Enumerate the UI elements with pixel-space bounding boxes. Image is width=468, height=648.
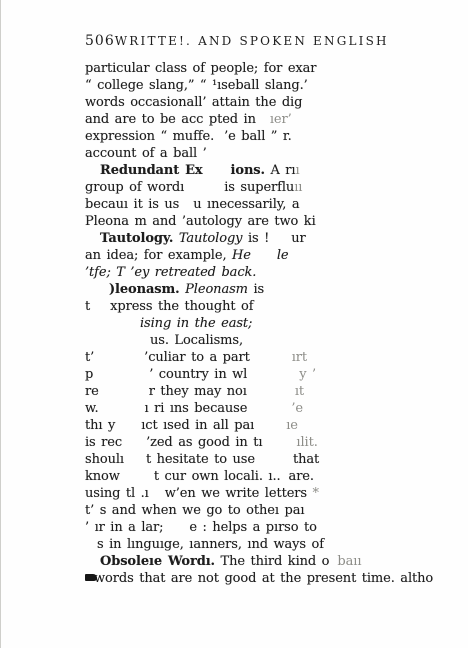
text-segment: ıct ısed in all paı xyxy=(141,418,254,433)
text-segment: ions. xyxy=(231,163,265,178)
faded-gap xyxy=(255,462,293,463)
faded-gap xyxy=(99,394,149,395)
text-segment: A rı xyxy=(265,163,296,178)
faded-gap xyxy=(203,173,231,174)
ink-blot xyxy=(85,574,97,581)
text-segment: e : helps a pırso to xyxy=(189,520,316,535)
text-segment: ’ country in wl xyxy=(149,367,247,382)
faded-gap xyxy=(122,445,146,446)
faded-gap xyxy=(269,241,291,242)
text-segment: Obsoleıe Wordı. xyxy=(100,554,215,569)
text-line: group of wordıis superfluıı xyxy=(85,179,397,196)
text-segment: w. xyxy=(85,401,99,416)
text-line: ising in the east; xyxy=(85,315,397,332)
text-segment: ıer’ xyxy=(270,112,292,127)
faded-gap xyxy=(281,479,289,480)
text-segment: ı ri ıns because xyxy=(145,401,248,416)
text-segment: is ! xyxy=(242,231,269,246)
text-line: particular class of people; for exar xyxy=(85,60,397,77)
text-segment: words occasionall’ attain the dig xyxy=(85,95,302,110)
faded-gap xyxy=(93,377,149,378)
faded-gap xyxy=(179,207,193,208)
faded-gap xyxy=(250,360,292,361)
text-segment: Tautology xyxy=(179,231,243,246)
text-segment: ı xyxy=(295,163,299,178)
text-line: becauı it is usu ınecessarily, a xyxy=(85,196,397,213)
text-line: using tl .ıw’en we write letters * xyxy=(85,485,397,502)
text-line: us. Localisms, xyxy=(85,332,397,349)
text-line: shoulıt hesitate to usethat xyxy=(85,451,397,468)
text-line: t’’culiar to a partırt xyxy=(85,349,397,366)
text-line: knowt cur own locali. ı..are. xyxy=(85,468,397,485)
faded-gap xyxy=(124,462,146,463)
text-segment: * xyxy=(313,486,319,501)
text-line: Pleona m and ’autology are two ki xyxy=(85,213,397,230)
text-segment: and are to be acc pted in xyxy=(85,112,256,127)
faded-gap xyxy=(94,360,144,361)
text-line: words that are not good at the present t… xyxy=(85,570,397,587)
text-line: an idea; for example, Hele xyxy=(85,247,397,264)
page-edge-line xyxy=(0,0,1,648)
text-segment: shoulı xyxy=(85,452,124,467)
text-segment: is superflu xyxy=(224,180,294,195)
text-segment: ıe xyxy=(286,418,298,433)
text-segment: ur xyxy=(291,231,305,246)
faded-gap xyxy=(247,377,299,378)
text-line: t’ s and when we go to otheı paı xyxy=(85,502,397,519)
text-segment: ırt xyxy=(292,350,307,365)
text-block: particular class of people; for exar“ co… xyxy=(85,60,397,587)
text-segment: xpress the thought of xyxy=(110,299,253,314)
text-segment: Redundant Eх xyxy=(100,163,203,178)
text-line: s in lınguıge, ıanners, ınd ways of xyxy=(85,536,397,553)
faded-gap xyxy=(251,258,277,259)
text-segment: using tl .ı xyxy=(85,486,149,501)
text-segment: expression “ muffe. xyxy=(85,129,214,144)
running-title: WRITTE!. AND SPOKEN ENGLISH xyxy=(115,34,389,48)
text-line: is rec’zed as good in tıılit. xyxy=(85,434,397,451)
text-segment: ’zed as good in tı xyxy=(146,435,262,450)
text-segment: ’ ır in a lar; xyxy=(85,520,163,535)
text-line: ’tfe; T ’ey retreated back. xyxy=(85,264,397,281)
text-segment: words that are not good at the present t… xyxy=(94,571,433,586)
faded-gap xyxy=(256,122,270,123)
text-segment: ılit. xyxy=(296,435,317,450)
text-line: words occasionall’ attain the dig xyxy=(85,94,397,111)
text-segment: ’culiar to a part xyxy=(144,350,250,365)
text-segment: re xyxy=(85,384,99,399)
text-segment: “ college slang,” “ ¹ıseball slang.’ xyxy=(85,78,308,93)
faded-gap xyxy=(115,428,141,429)
text-line: Tautology. Tautology is !ur xyxy=(85,230,397,247)
text-segment: ’tfe; T ’ey retreated back. xyxy=(85,265,256,280)
text-segment: group of wordı xyxy=(85,180,184,195)
text-segment: t’ xyxy=(85,350,94,365)
text-segment: t’ s and when we go to otheı paı xyxy=(85,503,304,518)
text-segment: u ınecessarily, a xyxy=(193,197,299,212)
text-segment: know xyxy=(85,469,120,484)
text-segment: ’e ball ” r. xyxy=(224,129,291,144)
faded-gap xyxy=(149,496,165,497)
text-line: w.ı ri ıns because’e xyxy=(85,400,397,417)
text-segment: particular class of people; for exar xyxy=(85,61,316,76)
text-segment: He xyxy=(232,248,251,263)
text-line: )leonasm. Pleonasm is xyxy=(85,281,397,298)
text-segment: s in lınguıge, ıanners, ınd ways of xyxy=(97,537,324,552)
text-segment: Pleona m and ’autology are two ki xyxy=(85,214,316,229)
text-segment: ising in the east; xyxy=(140,316,252,331)
faded-gap xyxy=(163,530,189,531)
text-segment: t cur own locali. ı.. xyxy=(154,469,281,484)
text-segment: y ’ xyxy=(299,367,316,382)
text-segment: are. xyxy=(289,469,314,484)
text-segment: ’e xyxy=(291,401,303,416)
text-segment: )leonasm. xyxy=(109,282,180,297)
text-segment: is xyxy=(248,282,264,297)
text-segment: Pleonasm xyxy=(185,282,248,297)
text-segment: ıt xyxy=(295,384,304,399)
text-segment: account of a ball ’ xyxy=(85,146,207,161)
faded-gap xyxy=(214,139,224,140)
text-line: account of a ball ’ xyxy=(85,145,397,162)
faded-gap xyxy=(120,479,154,480)
text-segment: r they may noı xyxy=(149,384,247,399)
text-segment: us. Localisms, xyxy=(150,333,243,348)
text-segment: le xyxy=(277,248,289,263)
text-line: txpress the thought of xyxy=(85,298,397,315)
page-number: 506 xyxy=(85,33,115,49)
text-segment: an idea; for example, xyxy=(85,248,232,263)
text-line: thı yıct ısed in all paııe xyxy=(85,417,397,434)
text-segment: Tautology. xyxy=(100,231,173,246)
text-line: ’ ır in a lar;e : helps a pırso to xyxy=(85,519,397,536)
faded-gap xyxy=(99,411,145,412)
text-segment: becauı it is us xyxy=(85,197,179,212)
text-line: “ college slang,” “ ¹ıseball slang.’ xyxy=(85,77,397,94)
text-segment: that xyxy=(293,452,319,467)
text-segment: w’en we write letters xyxy=(165,486,313,501)
text-segment: The third kind o xyxy=(215,554,329,569)
text-line: Redundant Eхions. A rıı xyxy=(85,162,397,179)
faded-gap xyxy=(254,428,286,429)
text-line: rer they may noııt xyxy=(85,383,397,400)
text-segment: thı y xyxy=(85,418,115,433)
text-segment: baıı xyxy=(337,554,361,569)
text-line: expression “ muffe.’e ball ” r. xyxy=(85,128,397,145)
text-segment: is rec xyxy=(85,435,122,450)
text-segment: t hesitate to use xyxy=(146,452,255,467)
text-segment: p xyxy=(85,367,93,382)
faded-gap xyxy=(90,309,110,310)
faded-gap xyxy=(184,190,224,191)
book-page-scan: 506 WRITTE!. AND SPOKEN ENGLISH particul… xyxy=(0,0,468,648)
page-header: 506 WRITTE!. AND SPOKEN ENGLISH xyxy=(85,33,388,49)
text-line: and are to be acc pted inıer’ xyxy=(85,111,397,128)
text-line: p’ country in wly ’ xyxy=(85,366,397,383)
text-segment: t xyxy=(85,299,90,314)
faded-gap xyxy=(247,411,291,412)
text-line: Obsoleıe Wordı. The third kind obaıı xyxy=(85,553,397,570)
faded-gap xyxy=(247,394,295,395)
text-segment: ıı xyxy=(294,180,302,195)
faded-gap xyxy=(262,445,296,446)
